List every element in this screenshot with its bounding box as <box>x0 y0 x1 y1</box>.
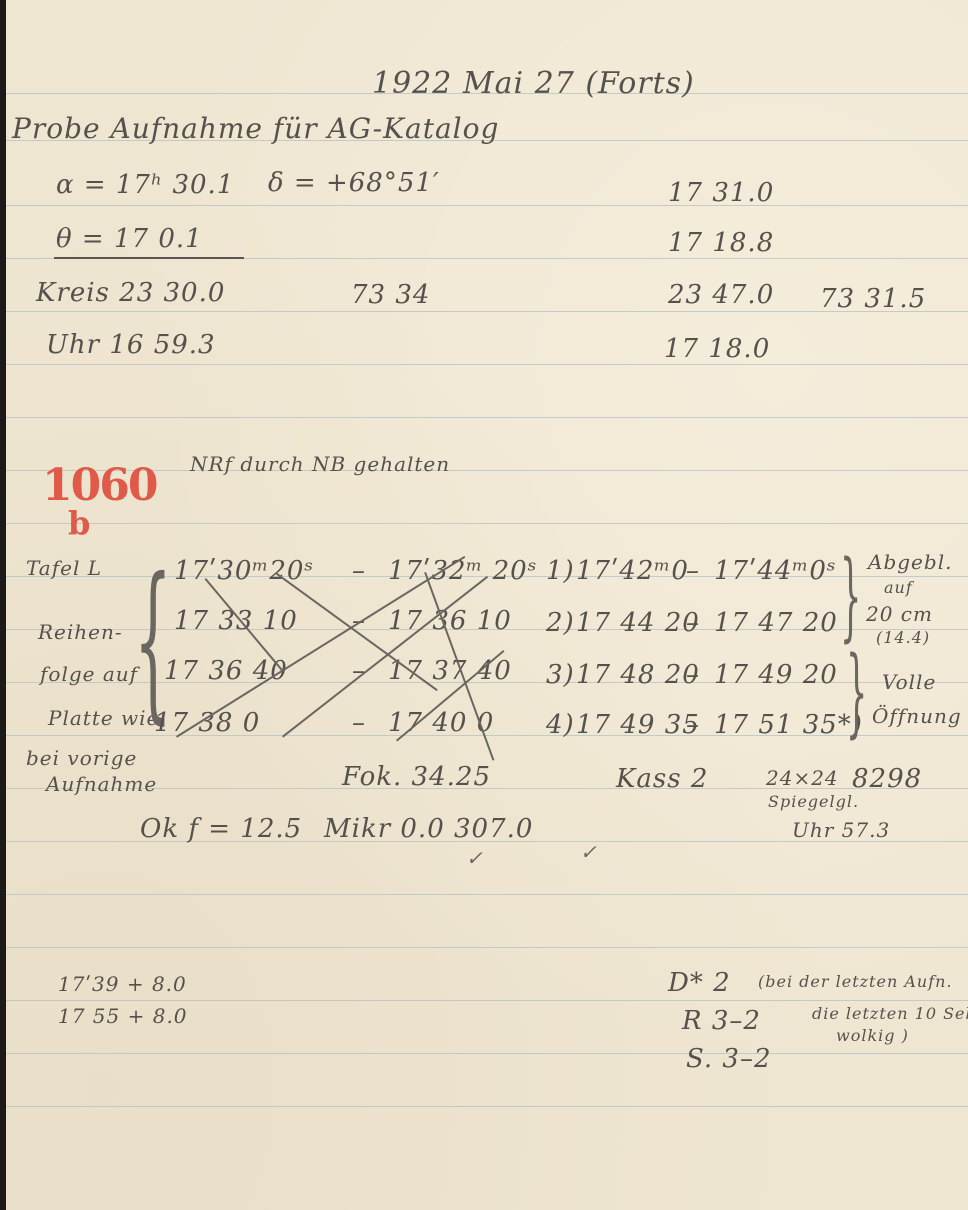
struck-end: 17 36 10 <box>388 606 512 636</box>
ruled-line <box>6 894 968 895</box>
struck-end: 17 37 40 <box>388 656 512 686</box>
kreis-value: Kreis 23 30.0 <box>36 278 225 308</box>
note-auf: auf <box>884 578 913 597</box>
struck-start: 17 38 0 <box>154 708 260 738</box>
ruled-line <box>6 1053 968 1054</box>
nrf-note: NRf durch NB gehalten <box>190 452 450 476</box>
struck-dash: – <box>352 556 366 586</box>
condition-label: S. 3–2 <box>686 1044 772 1074</box>
exposure-dash: – <box>686 556 700 586</box>
clock-value: Uhr 57.3 <box>792 818 890 842</box>
exposure-start: 17 48 20 <box>576 660 700 690</box>
focus-value: Fok. 34.25 <box>342 762 491 792</box>
time-row: 17ʹ39 + 8.0 <box>58 972 187 996</box>
ruled-line <box>6 364 968 365</box>
kreis-right-value: 23 47.0 <box>668 280 774 310</box>
okular-value: Ok f = 12.5 <box>140 814 302 844</box>
ruled-line <box>6 1000 968 1001</box>
order-label-1: Reihen- <box>38 620 123 644</box>
checkmark-icon: ✓ <box>466 846 483 870</box>
plate-number-sub: b <box>68 504 88 542</box>
plate-size: 24×24 <box>766 766 839 790</box>
note-abgebl: Abgebl. <box>868 550 952 574</box>
exposure-index: 4) <box>546 710 575 740</box>
exposure-end: 17ʹ44ᵐ0ˢ <box>714 556 837 586</box>
alpha-right-value: 17 31.0 <box>668 178 774 208</box>
page-date: 1922 Mai 27 (Forts) <box>372 66 695 101</box>
ruled-line <box>6 1106 968 1107</box>
exposure-start: 17ʹ42ᵐ0 <box>576 556 689 586</box>
condition-note: wolkig ) <box>836 1026 909 1045</box>
plate-number: 1060 <box>42 460 156 511</box>
right-brace-1: } <box>840 548 861 644</box>
struck-start: 17 36 40 <box>164 656 288 686</box>
cassette-value: Kass 2 <box>616 764 708 794</box>
right-brace-2: } <box>846 644 867 740</box>
ruled-line <box>6 205 968 206</box>
uhr-right-value: 17 18.0 <box>664 334 770 364</box>
order-label-4: bei vorige <box>26 746 137 770</box>
exposure-end: 17 49 20 <box>714 660 838 690</box>
delta-value: δ = +68°51′ <box>268 168 440 198</box>
theta-right-value: 17 18.8 <box>668 228 774 258</box>
kreis-right-extra: 73 31.5 <box>820 284 926 314</box>
ruled-line <box>6 947 968 948</box>
exposure-index: 3) <box>546 660 575 690</box>
note-offnung: Öffnung <box>872 704 962 728</box>
plate-id: 8298 <box>852 764 922 794</box>
exposure-index: 2) <box>546 608 575 638</box>
exposure-start: 17 49 35 <box>576 710 700 740</box>
section-title: Probe Aufnahme für AG-Katalog <box>12 112 499 145</box>
checkmark-icon: ✓ <box>580 840 597 864</box>
note-volle: Volle <box>882 670 936 694</box>
exposure-end: 17 47 20 <box>714 608 838 638</box>
condition-note: (bei der letzten Aufn. <box>758 972 953 991</box>
note-20cm: 20 cm <box>866 602 933 626</box>
kreis-extra: 73 34 <box>351 280 430 310</box>
struck-dash: – <box>352 708 366 738</box>
plate-type: Spiegelgl. <box>768 792 859 811</box>
struck-start: 17 33 10 <box>174 606 298 636</box>
exposure-dash: – <box>686 710 700 740</box>
exposure-dash: – <box>686 608 700 638</box>
notebook-page: 1922 Mai 27 (Forts) Probe Aufnahme für A… <box>6 0 968 1210</box>
struck-start: 17ʹ30ᵐ20ˢ <box>174 556 314 586</box>
uhr-value: Uhr 16 59.3 <box>46 330 216 360</box>
tafel-label: Tafel L <box>26 556 102 580</box>
condition-label: R 3–2 <box>682 1006 761 1036</box>
condition-label: D* 2 <box>668 968 731 998</box>
exposure-end: 17 51 35*) <box>714 710 863 740</box>
order-label-2: folge auf <box>40 662 138 686</box>
alpha-value: α = 17ʰ 30.1 <box>56 170 234 200</box>
exposure-start: 17 44 20 <box>576 608 700 638</box>
time-row: 17 55 + 8.0 <box>58 1004 188 1028</box>
exposure-index: 1) <box>546 556 575 586</box>
ruled-line <box>6 417 968 418</box>
exposure-dash: – <box>686 660 700 690</box>
theta-underline <box>54 257 244 259</box>
mikr-value: Mikr 0.0 307.0 <box>324 814 533 844</box>
ruled-line <box>6 523 968 524</box>
struck-end: 17ʹ32ᵐ 20ˢ <box>388 556 537 586</box>
theta-value: θ = 17 0.1 <box>56 224 203 254</box>
note-14-4: (14.4) <box>876 628 930 647</box>
condition-note: die letzten 10 Sek <box>812 1004 968 1023</box>
order-label-5: Aufnahme <box>46 772 157 796</box>
left-brace: { <box>134 556 172 726</box>
